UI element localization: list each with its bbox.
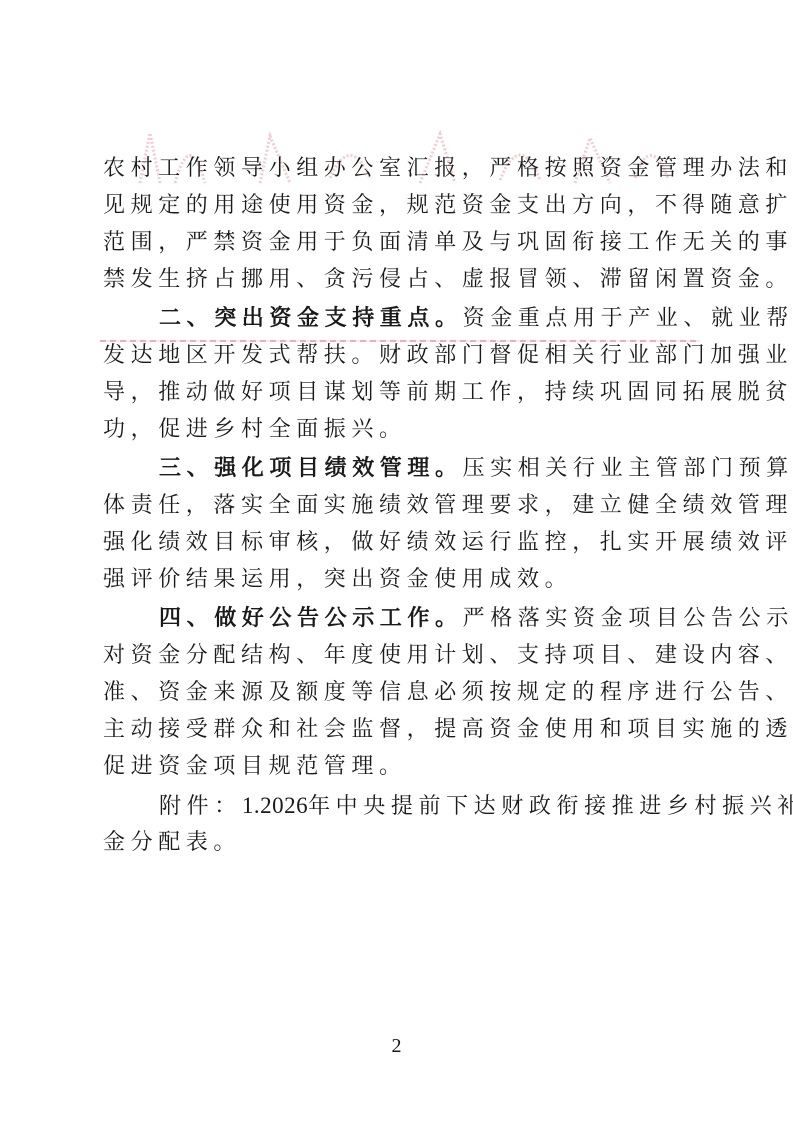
section-heading: 四、做好公告公示工作。: [159, 606, 463, 631]
text-line: 二、突出资金支持重点。资金重点用于产业、就业帮扶和欠: [103, 300, 693, 337]
section-heading: 二、突出资金支持重点。: [159, 306, 463, 331]
text-line: 主动接受群众和社会监督，提高资金使用和项目实施的透明度，: [103, 711, 693, 748]
section-heading: 三、强化项目绩效管理。: [159, 456, 463, 481]
text-line: 强化绩效目标审核，做好绩效运行监控，扎实开展绩效评价，加: [103, 524, 693, 561]
text-line: 强评价结果运用，突出资金使用成效。: [103, 561, 693, 598]
attachment-number: 1.2026: [242, 793, 308, 818]
text-line: 对资金分配结构、年度使用计划、支持项目、建设内容、补助标: [103, 637, 693, 674]
paragraph-3: 三、强化项目绩效管理。压实相关行业主管部门预算绩效主 体责任，落实全面实施绩效管…: [103, 450, 693, 598]
text-line: 导，推动做好项目谋划等前期工作，持续巩固同拓展脱贫攻坚成: [103, 374, 693, 411]
text-run: 压实相关行业主管部门预算绩效主: [463, 456, 793, 481]
paragraph-1: 农村工作领导小组办公室汇报，严格按照资金管理办法和指导意 见规定的用途使用资金，…: [103, 150, 693, 298]
text-line: 范围，严禁资金用于负面清单及与巩固衔接工作无关的事项，严: [103, 224, 693, 261]
text-run: 资金重点用于产业、就业帮扶和欠: [463, 306, 793, 331]
paragraph-2: 二、突出资金支持重点。资金重点用于产业、就业帮扶和欠 发达地区开发式帮扶。财政部…: [103, 300, 693, 448]
document-page: 农村工作领导小组办公室汇报，严格按照资金管理办法和指导意 见规定的用途使用资金，…: [0, 0, 793, 1122]
text-line: 发达地区开发式帮扶。财政部门督促相关行业部门加强业务指: [103, 337, 693, 374]
paragraph-4: 四、做好公告公示工作。严格落实资金项目公告公示制度， 对资金分配结构、年度使用计…: [103, 600, 693, 785]
text-line: 附件：1.2026年中央提前下达财政衔接推进乡村振兴补助资: [103, 787, 693, 824]
text-line: 三、强化项目绩效管理。压实相关行业主管部门预算绩效主: [103, 450, 693, 487]
body-text: 农村工作领导小组办公室汇报，严格按照资金管理办法和指导意 见规定的用途使用资金，…: [103, 150, 693, 861]
text-line: 四、做好公告公示工作。严格落实资金项目公告公示制度，: [103, 600, 693, 637]
page-number: 2: [0, 1035, 793, 1058]
attachment-label: 附件：: [159, 794, 242, 819]
text-line: 金分配表。: [103, 824, 693, 861]
text-line: 准、资金来源及额度等信息必须按规定的程序进行公告、公示，: [103, 674, 693, 711]
attachment-title: 年中央提前下达财政衔接推进乡村振兴补助资: [308, 794, 793, 819]
attachment-note: 附件：1.2026年中央提前下达财政衔接推进乡村振兴补助资 金分配表。: [103, 787, 693, 861]
text-line: 见规定的用途使用资金，规范资金支出方向，不得随意扩大适用: [103, 187, 693, 224]
text-line: 体责任，落实全面实施绩效管理要求，建立健全绩效管理链条，: [103, 487, 693, 524]
text-line: 功，促进乡村全面振兴。: [103, 411, 693, 448]
text-run: 严格落实资金项目公告公示制度，: [463, 606, 793, 631]
text-line: 农村工作领导小组办公室汇报，严格按照资金管理办法和指导意: [103, 150, 693, 187]
text-line: 促进资金项目规范管理。: [103, 748, 693, 785]
text-line: 禁发生挤占挪用、贪污侵占、虚报冒领、滞留闲置资金。: [103, 261, 693, 298]
